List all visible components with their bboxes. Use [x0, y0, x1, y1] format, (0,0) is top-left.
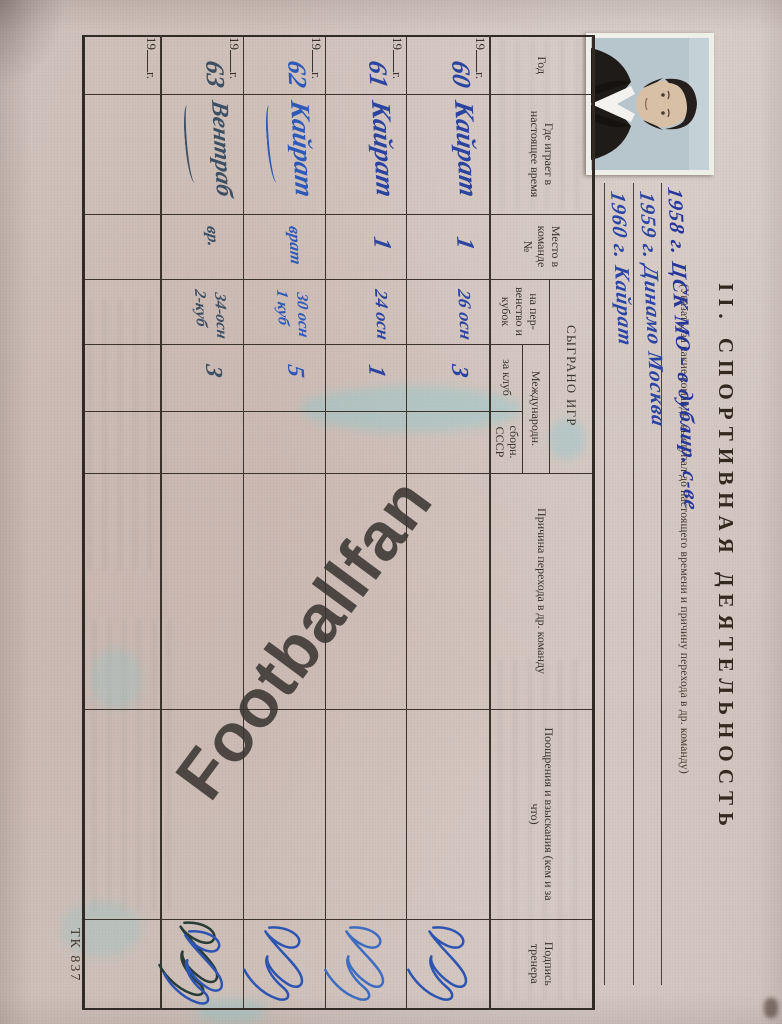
year-blank	[148, 50, 161, 72]
for-club-cell	[84, 344, 162, 411]
scan-corner-mark	[764, 998, 778, 1018]
year-suffix: г.	[145, 72, 160, 79]
rewards-cell	[326, 709, 407, 919]
handwritten-team: Вентраб	[207, 99, 236, 198]
coach-signature-scribble	[151, 918, 237, 1014]
year-cell: 19г. 63	[162, 36, 244, 94]
signature-cell	[162, 919, 244, 1009]
champ-cup-cell: 24 осн	[326, 279, 407, 344]
col-header-for-club: за клуб	[491, 344, 523, 411]
table-row: 19г. 62 Кайрат врат 30 осн 1 куб 5	[244, 36, 326, 1009]
section-title: II. СПОРТИВНАЯ ДЕЯТЕЛЬНОСТЬ	[713, 238, 738, 878]
col-header-championship-cup: на пер-венство и кубок	[491, 279, 550, 344]
col-header-transfer-reason: Причина перехода в др. команду	[491, 473, 594, 709]
handwritten-year: 61	[364, 59, 391, 89]
year-prefix: 19	[474, 37, 489, 50]
champ-cup-cell: 34-осн 2-куб	[162, 279, 244, 344]
col-header-year: Год	[491, 36, 594, 94]
pen-flourish	[182, 104, 199, 183]
year-prefix: 19	[145, 37, 160, 50]
handwritten-year: 60	[448, 59, 475, 89]
handwritten-place: вр.	[204, 225, 222, 248]
handwritten-games: 26 осн	[453, 288, 478, 342]
handwritten-place: 1	[453, 235, 479, 252]
reason-cell	[162, 473, 244, 709]
champ-cup-cell: 30 осн 1 куб	[244, 279, 326, 344]
handwritten-place: 1	[369, 235, 395, 252]
for-club-cell: 3	[407, 344, 491, 411]
coach-signature-scribble	[314, 918, 400, 1014]
ussr-cell	[244, 411, 326, 473]
form-code: ТК 837	[66, 928, 82, 982]
ussr-cell	[162, 411, 244, 473]
col-header-place-in-team: Место в команде №	[491, 214, 594, 279]
handwritten-place: врат	[286, 225, 305, 266]
coach-signature-scribble	[398, 918, 484, 1014]
team-cell: Кайрат	[326, 94, 407, 214]
portrait-graphic	[591, 38, 709, 170]
handwritten-team: Кайрат	[286, 99, 318, 199]
rewards-cell	[84, 709, 162, 919]
signature-cell	[326, 919, 407, 1009]
scanned-card-screenshot: II. СПОРТИВНАЯ ДЕЯТЕЛЬНОСТЬ (Указать, за…	[0, 0, 782, 1024]
for-club-cell: 5	[244, 344, 326, 411]
year-prefix: 19	[309, 37, 324, 50]
table-row: 19г. 61 Кайрат 1 24 осн 1	[326, 36, 407, 1009]
career-history-line: 1960 г. Кайрат	[607, 190, 636, 348]
col-header-coach-signature: Подпись тренера	[491, 919, 594, 1009]
for-club-cell: 1	[326, 344, 407, 411]
place-cell: 1	[407, 214, 491, 279]
year-cell: 19г. 60	[407, 36, 491, 94]
pen-flourish	[264, 104, 281, 183]
handwritten-year: 62	[283, 59, 310, 89]
team-cell: Кайрат	[407, 94, 491, 214]
table-row: 19г. 63 Вентраб вр. 34-осн 2-куб 3	[162, 36, 244, 1009]
signature-cell	[84, 919, 162, 1009]
year-blank	[393, 50, 406, 72]
rewards-cell	[244, 709, 326, 919]
year-prefix: 19	[227, 37, 242, 50]
registration-card-page: II. СПОРТИВНАЯ ДЕЯТЕЛЬНОСТЬ (Указать, за…	[0, 0, 782, 1024]
year-cell: 19г. 62	[244, 36, 326, 94]
handwritten-year: 63	[201, 59, 228, 89]
year-blank	[230, 50, 243, 72]
writing-rule	[604, 183, 605, 985]
handwritten-club-games: 5	[283, 363, 308, 379]
place-cell	[84, 214, 162, 279]
year-blank	[477, 50, 490, 72]
col-header-rewards: Поощрения и взыскания (кем и за что)	[491, 709, 594, 919]
handwritten-club-games: 1	[364, 363, 389, 379]
career-history-line: 1958 г. ЦСК МО - в дублир. с-ве	[664, 186, 702, 512]
reason-cell	[407, 473, 491, 709]
year-cell: 19г. 61	[326, 36, 407, 94]
handwritten-team: Кайрат	[367, 99, 399, 199]
rewards-cell	[407, 709, 491, 919]
col-header-international: Международн.	[523, 344, 550, 473]
signature-cell	[407, 919, 491, 1009]
handwritten-club-games: 3	[448, 363, 473, 379]
table-row: 19г. 60 Кайрат 1 26 осн 3	[407, 36, 491, 1009]
rewards-cell	[162, 709, 244, 919]
col-header-ussr-national: сборн. СССР	[491, 411, 523, 473]
ussr-cell	[84, 411, 162, 473]
champ-cup-cell: 26 осн	[407, 279, 491, 344]
coach-signature-scribble	[233, 918, 319, 1014]
handwritten-club-games: 3	[201, 363, 226, 379]
team-cell: Кайрат	[244, 94, 326, 214]
handwritten-team: Кайрат	[451, 99, 483, 199]
handwritten-games: 24 осн	[370, 288, 395, 342]
handwritten-games: 30 осн 1 куб	[271, 288, 313, 339]
year-prefix: 19	[390, 37, 405, 50]
col-header-current-team: Где играет в настоящее время	[491, 94, 594, 214]
signature-cell	[244, 919, 326, 1009]
place-cell: 1	[326, 214, 407, 279]
col-header-games-played: СЫГРАНО ИГР	[550, 279, 594, 473]
place-cell: вр.	[162, 214, 244, 279]
activity-table: Год Где играет в настоящее время Место в…	[82, 35, 595, 1010]
team-cell: Вентраб	[162, 94, 244, 214]
place-cell: врат	[244, 214, 326, 279]
ussr-cell	[326, 411, 407, 473]
champ-cup-cell	[84, 279, 162, 344]
ussr-cell	[407, 411, 491, 473]
player-portrait-photo	[586, 33, 714, 175]
year-cell: 19г.	[84, 36, 162, 94]
handwritten-games: 34-осн 2-куб	[189, 288, 231, 340]
table-row: 19г.	[84, 36, 162, 1009]
reason-cell	[84, 473, 162, 709]
reason-cell	[326, 473, 407, 709]
reason-cell	[244, 473, 326, 709]
team-cell	[84, 94, 162, 214]
for-club-cell: 3	[162, 344, 244, 411]
year-blank	[312, 50, 325, 72]
